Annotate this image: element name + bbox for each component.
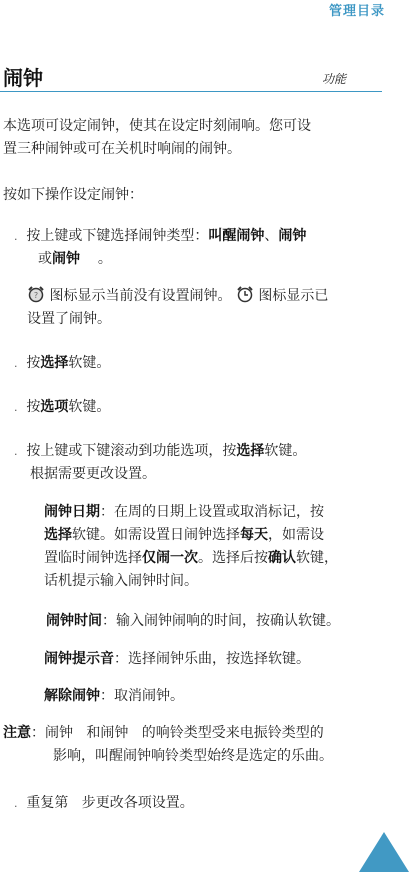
option-label: 闹钟日期 <box>44 504 100 520</box>
option-label: 闹钟提示音 <box>44 651 114 667</box>
note-block: 注意：闹钟 和闹钟 的响铃类型受来电振铃类型的 影响，叫醒闹钟响铃类型始终是选定… <box>3 722 333 768</box>
toc-link[interactable]: 管理目录 <box>329 0 385 19</box>
step-2: . 按选择软键。 <box>14 352 110 375</box>
option-text: ：选择闹钟乐曲，按选择软键。 <box>114 651 310 667</box>
intro-paragraph: 本选项可设定闹钟，使其在设定时刻闹响。您可设 置三种闹钟或可在关机时响闹的闹钟。 <box>3 115 311 161</box>
option-text: 。选择后按 <box>198 550 268 566</box>
intro-line-1: 本选项可设定闹钟，使其在设定时刻闹响。您可设 <box>3 115 311 138</box>
icon-note: ? 图标显示当前没有设置闹钟。 图标显示已 设置了闹钟。 <box>27 285 328 331</box>
step-4-post: 软键。 <box>264 443 306 459</box>
step-4-line-2: 根据需要更改设置。 <box>14 463 306 486</box>
option-text: ：输入闹钟闹响的时间，按确认软键。 <box>102 613 340 629</box>
option-text: 话机提示输入闹钟时间。 <box>44 570 338 593</box>
option-alarm-time: 闹钟时间：输入闹钟闹响的时间，按确认软键。 <box>46 610 340 633</box>
bullet: . <box>14 230 18 243</box>
alarm-not-set-icon: ? <box>27 285 45 303</box>
bullet: . <box>14 797 18 810</box>
step-1-text: 按上键或下键选择闹钟类型： <box>26 228 208 244</box>
instruction-text: 按如下操作设定闹钟： <box>3 184 143 207</box>
step-5: . 重复第 步更改各项设置。 <box>14 792 194 815</box>
option-text: ，如需设 <box>268 527 324 543</box>
option-wake-alarm: 叫醒闹钟 <box>208 228 264 244</box>
option-label: 闹钟时间 <box>46 613 102 629</box>
icon-note-line-2: 设置了闹钟。 <box>27 308 328 331</box>
step-1-or: 或 <box>38 251 52 267</box>
bullet: . <box>14 445 18 458</box>
option-alarm-3: 闹钟 <box>52 251 80 267</box>
bold-term: 仅闹一次 <box>142 550 198 566</box>
option-text: ：取消闹钟。 <box>100 688 184 704</box>
icon-note-text-1: 图标显示当前没有设置闹钟。 <box>49 288 231 304</box>
period: 。 <box>98 251 112 267</box>
bold-term: 选择 <box>44 527 72 543</box>
option-text: 置临时闹钟选择 <box>44 550 142 566</box>
step-4: . 按上键或下键滚动到功能选项，按选择软键。 根据需要更改设置。 <box>14 440 306 486</box>
icon-note-text-2: 图标显示已 <box>258 288 328 304</box>
bullet: . <box>14 357 18 370</box>
step-3: . 按选项软键。 <box>14 396 110 419</box>
page-up-triangle-icon[interactable] <box>359 832 409 872</box>
section-tag: 功能 <box>322 70 346 87</box>
step-4-pre: 按上键或下键滚动到功能选项，按 <box>26 443 236 459</box>
note-line-1: ：闹钟 和闹钟 的响铃类型受来电振铃类型的 <box>31 725 324 741</box>
option-alarm-2: 闹钟 <box>278 228 306 244</box>
step-3-pre: 按 <box>26 399 40 415</box>
bullet: . <box>14 401 18 414</box>
options-softkey-label: 选项 <box>40 399 68 415</box>
option-text: 软键。如需设置日闹钟选择 <box>72 527 240 543</box>
page-title: 闹钟 <box>3 62 43 91</box>
select-softkey-label: 选择 <box>40 355 68 371</box>
option-cancel-alarm: 解除闹钟：取消闹钟。 <box>44 685 184 708</box>
option-alarm-date: 闹钟日期：在周的日期上设置或取消标记，按 选择软键。如需设置日闹钟选择每天，如需… <box>44 501 338 593</box>
svg-text:?: ? <box>34 291 38 300</box>
select-softkey-label: 选择 <box>236 443 264 459</box>
option-text: ：在周的日期上设置或取消标记，按 <box>100 504 324 520</box>
intro-line-2: 置三种闹钟或可在关机时响闹的闹钟。 <box>3 138 311 161</box>
option-label: 解除闹钟 <box>44 688 100 704</box>
step-1: . 按上键或下键选择闹钟类型：叫醒闹钟、闹钟 或闹钟 。 <box>14 225 306 271</box>
title-rule <box>0 91 382 92</box>
separator: 、 <box>264 228 278 244</box>
bold-term: 确认 <box>268 550 296 566</box>
alarm-set-icon <box>236 285 254 303</box>
step-2-post: 软键。 <box>68 355 110 371</box>
note-label: 注意 <box>3 725 31 741</box>
step-5-text: 重复第 步更改各项设置。 <box>26 795 193 811</box>
note-line-2: 影响，叫醒闹钟响铃类型始终是选定的乐曲。 <box>3 745 333 768</box>
option-text: 软键， <box>296 550 338 566</box>
step-2-pre: 按 <box>26 355 40 371</box>
option-alarm-tone: 闹钟提示音：选择闹钟乐曲，按选择软键。 <box>44 648 310 671</box>
step-3-post: 软键。 <box>68 399 110 415</box>
bold-term: 每天 <box>240 527 268 543</box>
